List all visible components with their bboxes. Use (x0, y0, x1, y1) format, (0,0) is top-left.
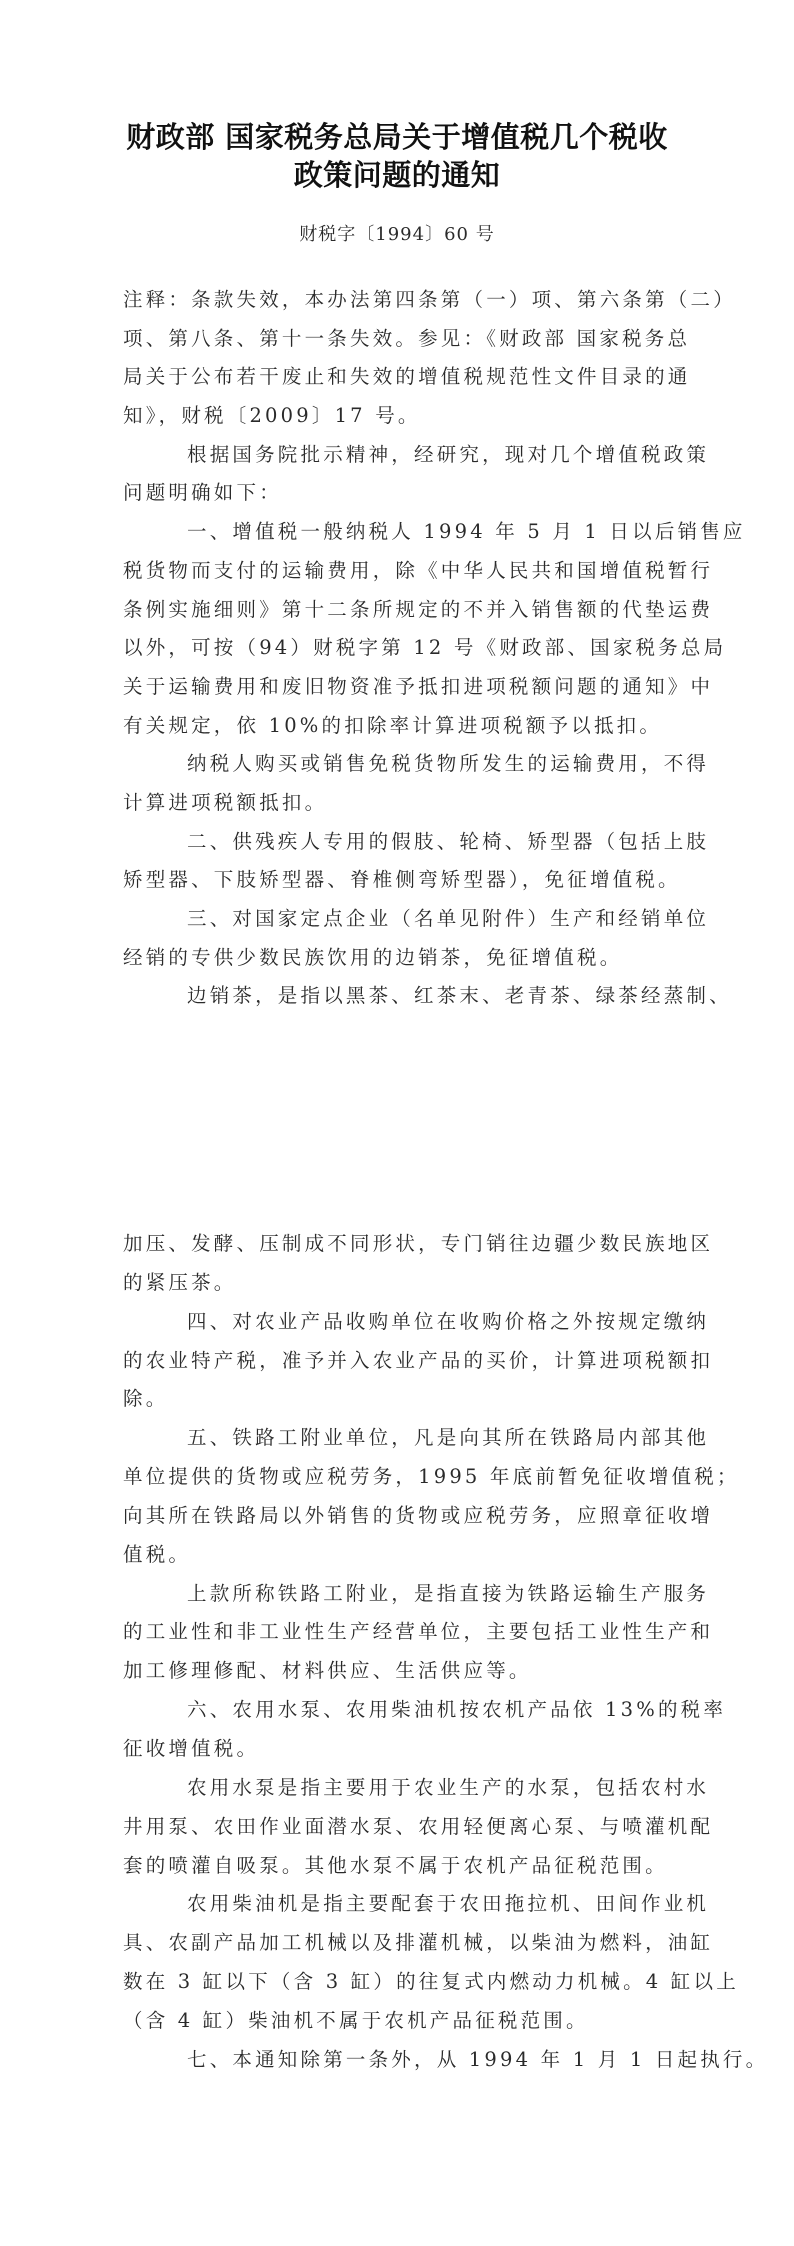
body-text-line: 五、铁路工附业单位，凡是向其所在铁路局内部其他 (123, 1419, 673, 1458)
title-line-2: 政策问题的通知 (110, 156, 684, 194)
document-page: 财政部 国家税务总局关于增值税几个税收 政策问题的通知 财税字〔1994〕60 … (0, 0, 794, 2246)
body-text-line: 注释：条款失效，本办法第四条第（一）项、第六条第（二） (123, 281, 673, 320)
document-number: 财税字〔1994〕60 号 (110, 221, 684, 249)
body-text-line: 关于运输费用和废旧物资准予抵扣进项税额问题的通知》中 (123, 668, 673, 707)
body-text-section-2: 加压、发酵、压制成不同形状，专门销往边疆少数民族地区的紧压茶。四、对农业产品收购… (123, 1225, 673, 2080)
body-text-line: 以外，可按（94）财税字第 12 号《财政部、国家税务总局 (123, 629, 673, 668)
body-text-line: 值税。 (123, 1536, 673, 1575)
body-text-line: 税货物而支付的运输费用，除《中华人民共和国增值税暂行 (123, 552, 673, 591)
body-text-line: 一、增值税一般纳税人 1994 年 5 月 1 日以后销售应 (123, 513, 673, 552)
body-text-line: 经销的专供少数民族饮用的边销茶，免征增值税。 (123, 939, 673, 978)
body-text-line: 套的喷灌自吸泵。其他水泵不属于农机产品征税范围。 (123, 1847, 673, 1886)
body-text-line: 知》，财税〔2009〕17 号。 (123, 397, 673, 436)
body-text-line: 除。 (123, 1380, 673, 1419)
body-text-line: 具、农副产品加工机械以及排灌机械，以柴油为燃料，油缸 (123, 1924, 673, 1963)
body-text-line: 加压、发酵、压制成不同形状，专门销往边疆少数民族地区 (123, 1225, 673, 1264)
body-text-line: 局关于公布若干废止和失效的增值税规范性文件目录的通 (123, 358, 673, 397)
body-text-line: 有关规定，依 10%的扣除率计算进项税额予以抵扣。 (123, 707, 673, 746)
body-text-line: 边销茶，是指以黑茶、红茶末、老青茶、绿茶经蒸制、 (123, 977, 673, 1016)
body-text-line: （含 4 缸）柴油机不属于农机产品征税范围。 (123, 2002, 673, 2041)
body-text-line: 上款所称铁路工附业，是指直接为铁路运输生产服务 (123, 1575, 673, 1614)
body-text-line: 计算进项税额抵扣。 (123, 784, 673, 823)
body-text-line: 加工修理修配、材料供应、生活供应等。 (123, 1652, 673, 1691)
body-text-line: 征收增值税。 (123, 1730, 673, 1769)
body-text-line: 问题明确如下： (123, 474, 673, 513)
body-text-line: 纳税人购买或销售免税货物所发生的运输费用，不得 (123, 745, 673, 784)
body-text-line: 六、农用水泵、农用柴油机按农机产品依 13%的税率 (123, 1691, 673, 1730)
body-text-line: 三、对国家定点企业（名单见附件）生产和经销单位 (123, 900, 673, 939)
body-text-line: 井用泵、农田作业面潜水泵、农用轻便离心泵、与喷灌机配 (123, 1808, 673, 1847)
body-text-line: 的农业特产税，准予并入农业产品的买价，计算进项税额扣 (123, 1342, 673, 1381)
body-text-line: 的工业性和非工业性生产经营单位，主要包括工业性生产和 (123, 1613, 673, 1652)
title-line-1: 财政部 国家税务总局关于增值税几个税收 (110, 118, 684, 156)
body-text-line: 数在 3 缸以下（含 3 缸）的往复式内燃动力机械。4 缸以上 (123, 1963, 673, 2002)
body-text-line: 单位提供的货物或应税劳务，1995 年底前暂免征收增值税； (123, 1458, 673, 1497)
body-text-line: 农用柴油机是指主要配套于农田拖拉机、田间作业机 (123, 1885, 673, 1924)
body-text-line: 项、第八条、第十一条失效。参见：《财政部 国家税务总 (123, 320, 673, 359)
body-text-section-1: 注释：条款失效，本办法第四条第（一）项、第六条第（二）项、第八条、第十一条失效。… (123, 281, 673, 1016)
body-text-line: 四、对农业产品收购单位在收购价格之外按规定缴纳 (123, 1303, 673, 1342)
body-text-line: 农用水泵是指主要用于农业生产的水泵，包括农村水 (123, 1769, 673, 1808)
body-text-line: 向其所在铁路局以外销售的货物或应税劳务，应照章征收增 (123, 1497, 673, 1536)
body-text-line: 矫型器、下肢矫型器、脊椎侧弯矫型器），免征增值税。 (123, 861, 673, 900)
document-title: 财政部 国家税务总局关于增值税几个税收 政策问题的通知 (110, 118, 684, 194)
body-text-line: 二、供残疾人专用的假肢、轮椅、矫型器（包括上肢 (123, 823, 673, 862)
body-text-line: 条例实施细则》第十二条所规定的不并入销售额的代垫运费 (123, 591, 673, 630)
body-text-line: 七、本通知除第一条外，从 1994 年 1 月 1 日起执行。 (123, 2041, 673, 2080)
body-text-line: 根据国务院批示精神，经研究，现对几个增值税政策 (123, 436, 673, 475)
body-text-line: 的紧压茶。 (123, 1264, 673, 1303)
